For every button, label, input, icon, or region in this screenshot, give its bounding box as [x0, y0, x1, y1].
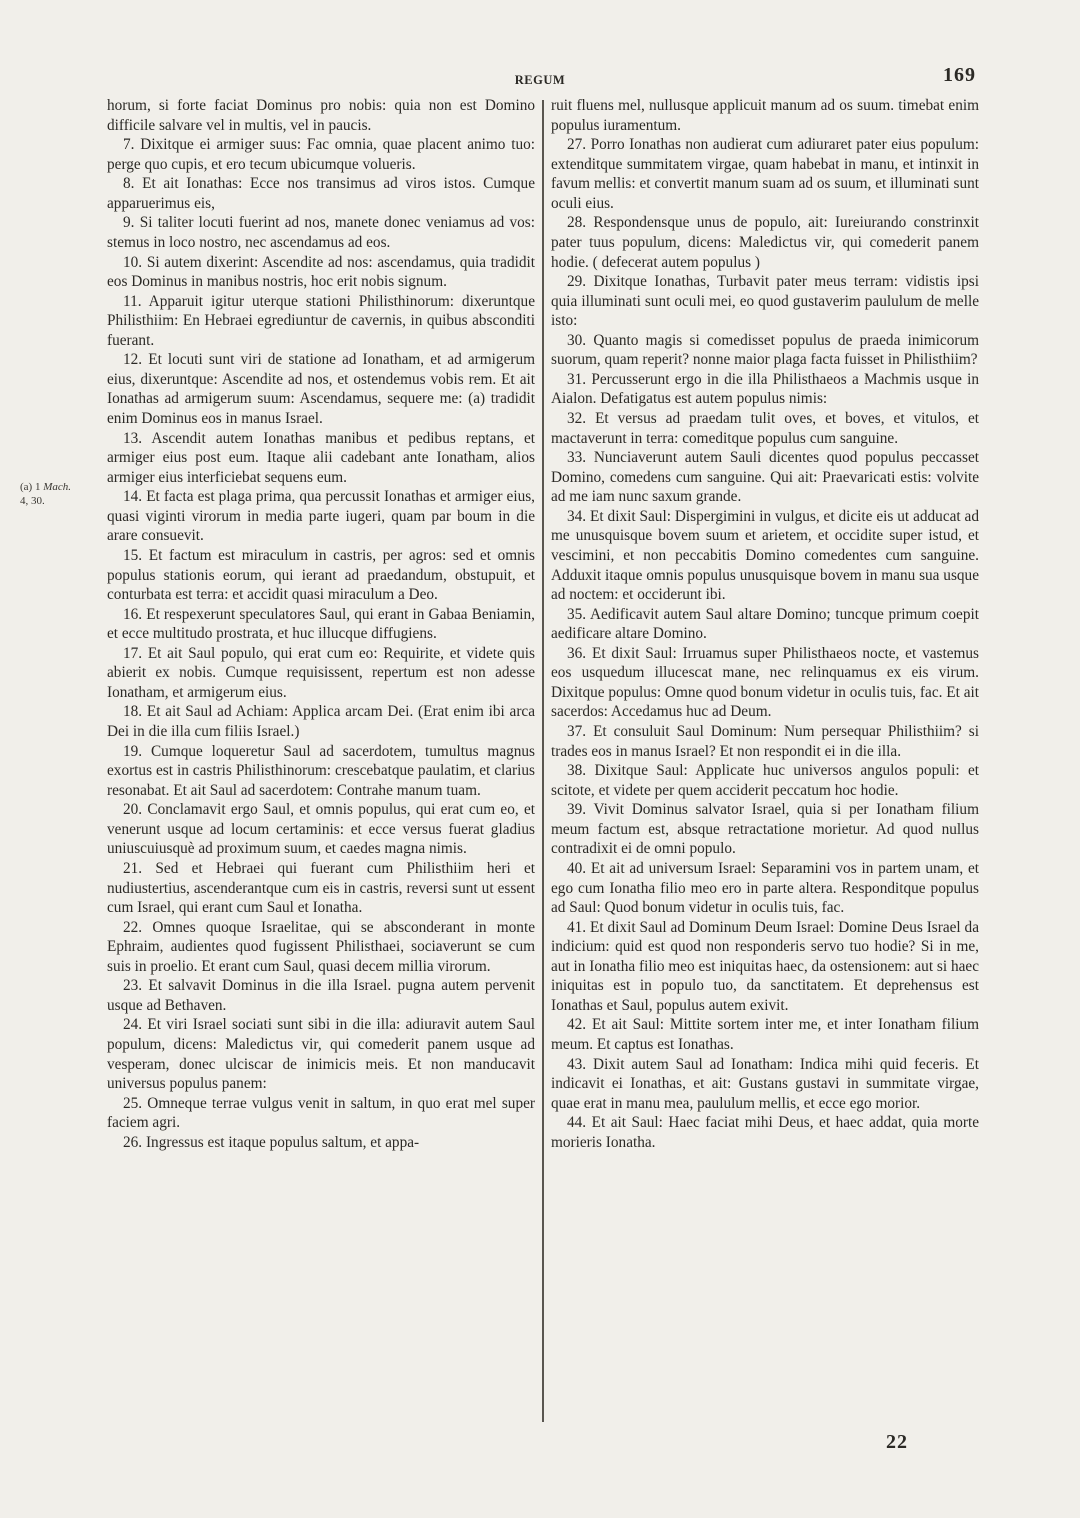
verse-text: Si autem dixerint: Ascendite ad nos: asc… — [107, 254, 535, 291]
verse-number: 37. — [567, 723, 586, 740]
verse: 27. Porro Ionathas non audierat cum adiu… — [551, 135, 979, 213]
verse: 42. Et ait Saul: Mittite sortem inter me… — [551, 1015, 979, 1054]
signature-mark: 22 — [886, 1431, 908, 1454]
running-title: REGUM — [0, 73, 1080, 88]
verse: 21. Sed et Hebraei qui fuerant cum Phili… — [107, 859, 535, 918]
verse: 29. Dixitque Ionathas, Turbavit pater me… — [551, 272, 979, 331]
verse-text: Et consuluit Saul Dominum: Num persequar… — [551, 723, 979, 760]
margin-book-prefix: 1 — [35, 481, 41, 493]
verse-number: 13. — [123, 430, 142, 447]
verse: 10. Si autem dixerint: Ascendite ad nos:… — [107, 253, 535, 292]
left-verse-list: 7. Dixitque ei armiger suus: Fac omnia, … — [107, 135, 535, 1152]
verse-text: Et ait Saul populo, qui erat cum eo: Req… — [107, 645, 535, 701]
verse-text: Et dixit Saul: Dispergimini in vulgus, e… — [551, 508, 979, 603]
verse: 41. Et dixit Saul ad Dominum Deum Israel… — [551, 918, 979, 1016]
verse: 36. Et dixit Saul: Irruamus super Philis… — [551, 644, 979, 722]
verse-text: Dixitque Ionathas, Turbavit pater meus t… — [551, 273, 979, 329]
verse: 18. Et ait Saul ad Achiam: Applica arcam… — [107, 702, 535, 741]
continuation-text: ruit fluens mel, nullusque applicuit man… — [551, 96, 979, 135]
verse-number: 31. — [567, 371, 586, 388]
verse: 23. Et salvavit Dominus in die illa Isra… — [107, 976, 535, 1015]
verse-text: Et versus ad praedam tulit oves, et bove… — [551, 410, 979, 447]
verse-number: 42. — [567, 1016, 586, 1033]
verse: 15. Et factum est miraculum in castris, … — [107, 546, 535, 605]
verse-number: 23. — [123, 977, 142, 994]
verse: 31. Percusserunt ergo in die illa Philis… — [551, 370, 979, 409]
margin-book: Mach. — [43, 481, 71, 493]
verse-text: Vivit Dominus salvator Israel, quia si p… — [551, 801, 979, 857]
verse-number: 28. — [567, 214, 586, 231]
verse-text: Respondensque unus de populo, ait: Iurei… — [551, 214, 979, 270]
verse-number: 29. — [567, 273, 586, 290]
verse-number: 32. — [567, 410, 586, 427]
verse: 43. Dixit autem Saul ad Ionatham: Indica… — [551, 1055, 979, 1114]
verse-text: Et dixit Saul: Irruamus super Philisthae… — [551, 645, 979, 721]
verse-number: 20. — [123, 801, 142, 818]
verse-text: Si taliter locuti fuerint ad nos, manete… — [107, 214, 535, 251]
column-divider — [542, 100, 544, 1422]
verse-number: 39. — [567, 801, 586, 818]
verse: 33. Nunciaverunt autem Sauli dicentes qu… — [551, 448, 979, 507]
verse: 44. Et ait Saul: Haec faciat mihi Deus, … — [551, 1113, 979, 1152]
verse: 16. Et respexerunt speculatores Saul, qu… — [107, 605, 535, 644]
verse-number: 27. — [567, 136, 586, 153]
continuation-text: horum, si forte faciat Dominus pro nobis… — [107, 96, 535, 135]
verse-text: Et ait Ionathas: Ecce nos transimus ad v… — [107, 175, 535, 212]
verse: 24. Et viri Israel sociati sunt sibi in … — [107, 1015, 535, 1093]
verse-text: Omneque terrae vulgus venit in saltum, i… — [107, 1095, 535, 1132]
verse-text: Et viri Israel sociati sunt sibi in die … — [107, 1016, 535, 1092]
verse-text: Sed et Hebraei qui fuerant cum Philisthi… — [107, 860, 535, 916]
verse-text: Aedificavit autem Saul altare Domino; tu… — [551, 606, 979, 643]
verse-number: 34. — [567, 508, 586, 525]
verse-text: Omnes quoque Israelitae, qui se absconde… — [107, 919, 535, 975]
verse-number: 21. — [123, 860, 142, 877]
left-column: horum, si forte faciat Dominus pro nobis… — [107, 96, 535, 1152]
verse-text: Dixitque Saul: Applicate huc universos a… — [551, 762, 979, 799]
verse-text: Nunciaverunt autem Sauli dicentes quod p… — [551, 449, 979, 505]
verse-text: Cumque loqueretur Saul ad sacerdotem, tu… — [107, 743, 535, 799]
verse-text: Et dixit Saul ad Dominum Deum Israel: Do… — [551, 919, 979, 1014]
verse: 34. Et dixit Saul: Dispergimini in vulgu… — [551, 507, 979, 605]
verse: 14. Et facta est plaga prima, qua percus… — [107, 487, 535, 546]
verse: 32. Et versus ad praedam tulit oves, et … — [551, 409, 979, 448]
verse-number: 15. — [123, 547, 142, 564]
verse: 28. Respondensque unus de populo, ait: I… — [551, 213, 979, 272]
verse-text: Et ait Saul ad Achiam: Applica arcam Dei… — [107, 703, 535, 740]
margin-marker: (a) — [20, 481, 32, 493]
verse: 9. Si taliter locuti fuerint ad nos, man… — [107, 213, 535, 252]
verse: 8. Et ait Ionathas: Ecce nos transimus a… — [107, 174, 535, 213]
verse-text: Conclamavit ergo Saul, et omnis populus,… — [107, 801, 535, 857]
verse: 37. Et consuluit Saul Dominum: Num perse… — [551, 722, 979, 761]
verse-text: Et respexerunt speculatores Saul, qui er… — [107, 606, 535, 643]
verse-text: Ascendit autem Ionathas manibus et pedib… — [107, 430, 535, 486]
verse-number: 9. — [123, 214, 134, 231]
verse-text: Percusserunt ergo in die illa Philisthae… — [551, 371, 979, 408]
verse-text: Dixit autem Saul ad Ionatham: Indica mih… — [551, 1056, 979, 1112]
verse-number: 41. — [567, 919, 586, 936]
verse: 17. Et ait Saul populo, qui erat cum eo:… — [107, 644, 535, 703]
verse-number: 14. — [123, 488, 142, 505]
verse: 35. Aedificavit autem Saul altare Domino… — [551, 605, 979, 644]
verse: 12. Et locuti sunt viri de statione ad I… — [107, 350, 535, 428]
right-verse-list: 27. Porro Ionathas non audierat cum adiu… — [551, 135, 979, 1152]
verse-number: 43. — [567, 1056, 586, 1073]
verse: 11. Apparuit igitur uterque stationi Phi… — [107, 292, 535, 351]
verse-text: Et ait ad universum Israel: Separamini v… — [551, 860, 979, 916]
verse: 13. Ascendit autem Ionathas manibus et p… — [107, 429, 535, 488]
verse-number: 30. — [567, 332, 586, 349]
verse: 7. Dixitque ei armiger suus: Fac omnia, … — [107, 135, 535, 174]
verse: 30. Quanto magis si comedisset populus d… — [551, 331, 979, 370]
verse-number: 16. — [123, 606, 142, 623]
verse: 20. Conclamavit ergo Saul, et omnis popu… — [107, 800, 535, 859]
verse: 19. Cumque loqueretur Saul ad sacerdotem… — [107, 742, 535, 801]
verse-number: 33. — [567, 449, 586, 466]
verse-text: Porro Ionathas non audierat cum adiurare… — [551, 136, 979, 212]
verse-number: 40. — [567, 860, 586, 877]
verse: 26. Ingressus est itaque populus saltum,… — [107, 1133, 535, 1153]
verse-number: 38. — [567, 762, 586, 779]
verse-text: Et salvavit Dominus in die illa Israel. … — [107, 977, 535, 1014]
verse-text: Quanto magis si comedisset populus de pr… — [551, 332, 979, 369]
verse-number: 35. — [567, 606, 586, 623]
verse-text: Ingressus est itaque populus saltum, et … — [146, 1134, 419, 1151]
verse: 40. Et ait ad universum Israel: Separami… — [551, 859, 979, 918]
verse-number: 24. — [123, 1016, 142, 1033]
verse-text: Et locuti sunt viri de statione ad Ionat… — [107, 351, 535, 427]
verse-text: Dixitque ei armiger suus: Fac omnia, qua… — [107, 136, 535, 173]
verse-number: 11. — [123, 293, 142, 310]
margin-reference-line-1: (a) 1 Mach. — [20, 480, 100, 494]
verse-number: 25. — [123, 1095, 142, 1112]
margin-cross-reference: (a) 1 Mach. 4, 30. — [20, 480, 100, 508]
verse-number: 8. — [123, 175, 134, 192]
verse-text: Et ait Saul: Mittite sortem inter me, et… — [551, 1016, 979, 1053]
verse: 25. Omneque terrae vulgus venit in saltu… — [107, 1094, 535, 1133]
verse-text: Et ait Saul: Haec faciat mihi Deus, et h… — [551, 1114, 979, 1151]
verse: 22. Omnes quoque Israelitae, qui se absc… — [107, 918, 535, 977]
verse-number: 19. — [123, 743, 142, 760]
verse-number: 18. — [123, 703, 142, 720]
verse-text: Et factum est miraculum in castris, per … — [107, 547, 535, 603]
verse-number: 26. — [123, 1134, 142, 1151]
verse-number: 12. — [123, 351, 142, 368]
verse: 38. Dixitque Saul: Applicate huc univers… — [551, 761, 979, 800]
verse-number: 10. — [123, 254, 142, 271]
page-number: 169 — [943, 64, 976, 87]
verse-number: 44. — [567, 1114, 586, 1131]
verse-number: 36. — [567, 645, 586, 662]
verse-number: 17. — [123, 645, 142, 662]
verse-number: 22. — [123, 919, 142, 936]
right-column: ruit fluens mel, nullusque applicuit man… — [551, 96, 979, 1152]
verse-text: Et facta est plaga prima, qua percussit … — [107, 488, 535, 544]
verse-text: Apparuit igitur uterque stationi Philist… — [107, 293, 535, 349]
verse: 39. Vivit Dominus salvator Israel, quia … — [551, 800, 979, 859]
margin-reference-line-2: 4, 30. — [20, 494, 100, 508]
verse-number: 7. — [123, 136, 134, 153]
